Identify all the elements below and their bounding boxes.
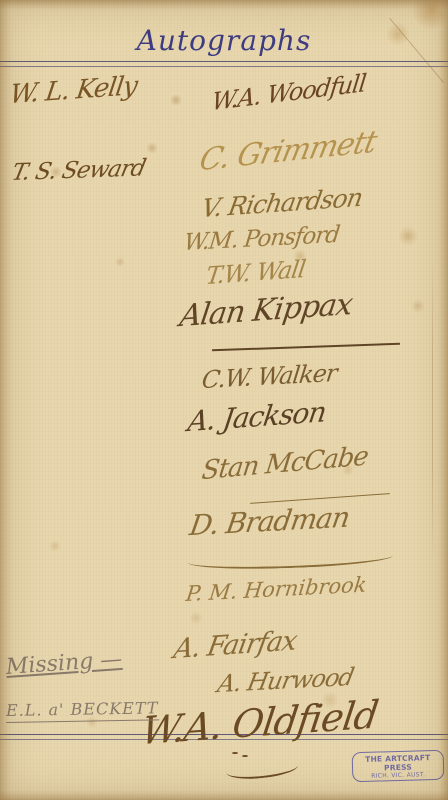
printer-stamp-name: THE ARTCRAFT PRESS xyxy=(354,753,442,773)
printer-stamp: THE ARTCRAFT PRESS RICH. VIC. AUST. xyxy=(352,750,445,782)
paper-texture xyxy=(0,0,448,800)
aged-edge-vignette xyxy=(0,0,448,800)
signature-hornibrook: P. M. Hornibrook xyxy=(185,574,368,605)
signature-oldfield: W.A. Oldfield xyxy=(139,695,380,750)
mccabe-cross-stroke xyxy=(250,493,390,504)
pencil-note-beckett: E.L. a' BECKETT xyxy=(6,699,159,722)
signature-grimmett: C. Grimmett xyxy=(197,127,379,176)
signature-woodfull: W.A. Woodfull xyxy=(210,71,367,114)
signature-richardson: V. Richardson xyxy=(200,185,364,222)
signature-bradman: D. Bradman xyxy=(188,504,351,541)
signature-kippax: Alan Kippax xyxy=(178,290,354,332)
kippax-underline-flourish xyxy=(212,343,400,352)
right-edge-crease xyxy=(432,260,433,560)
signature-mccabe: Stan McCabe xyxy=(200,443,369,484)
oldfield-swash-flourish xyxy=(225,756,298,781)
pencil-note-missing: Missing — xyxy=(5,648,123,680)
bottom-double-rule xyxy=(0,734,448,740)
top-double-rule xyxy=(0,61,448,67)
signature-hurwood: A. Hurwood xyxy=(216,665,356,696)
signature-seward: T. S. Seward xyxy=(10,157,147,185)
signature-walker: C.W. Walker xyxy=(201,361,338,392)
page-title: Autographs xyxy=(0,24,448,57)
bradman-swash-flourish xyxy=(188,546,394,571)
autograph-album-page: Autographs W. L. Kelly T. S. Seward W.A.… xyxy=(0,0,448,800)
signature-kelly: W. L. Kelly xyxy=(8,73,138,108)
printer-stamp-location: RICH. VIC. AUST. xyxy=(354,771,442,780)
foxing-stains xyxy=(0,0,448,800)
signature-wall: T.W. Wall xyxy=(204,257,306,288)
signature-fairfax: A. Fairfax xyxy=(172,627,299,663)
signature-ponsford: W.M. Ponsford xyxy=(183,224,341,255)
oldfield-colon-dots xyxy=(232,752,238,754)
signature-jackson: A. Jackson xyxy=(186,398,328,436)
